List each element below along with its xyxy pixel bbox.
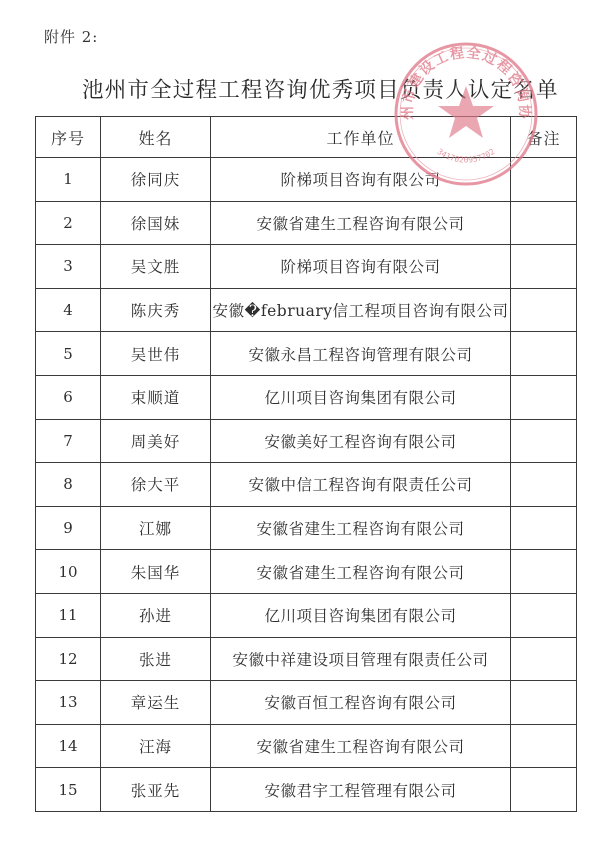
- row-number: 7: [36, 419, 101, 463]
- table-row: 1徐同庆阶梯项目咨询有限公司: [36, 158, 577, 202]
- row-remark: [511, 593, 577, 637]
- row-name: 张亚先: [101, 768, 211, 812]
- row-unit: 安徽省建生工程咨询有限公司: [211, 506, 511, 550]
- row-number: 9: [36, 506, 101, 550]
- row-unit: 安徽百恒工程咨询有限公司: [211, 681, 511, 725]
- roster-table: 序号 姓名 工作单位 备注 1徐同庆阶梯项目咨询有限公司 2徐国妹安徽省建生工程…: [35, 116, 577, 812]
- row-name: 吴世伟: [101, 332, 211, 376]
- row-number: 11: [36, 593, 101, 637]
- table-row: 7周美好安徽美好工程咨询有限公司: [36, 419, 577, 463]
- row-number: 13: [36, 681, 101, 725]
- table-row: 5吴世伟安徽永昌工程咨询管理有限公司: [36, 332, 577, 376]
- row-name: 吴文胜: [101, 245, 211, 289]
- row-unit: 安徽中祥建设项目管理有限责任公司: [211, 637, 511, 681]
- table-row: 12张进安徽中祥建设项目管理有限责任公司: [36, 637, 577, 681]
- row-number: 10: [36, 550, 101, 594]
- table-row: 3吴文胜阶梯项目咨询有限公司: [36, 245, 577, 289]
- document-title: 池州市全过程工程咨询优秀项目负责人认定名单: [82, 73, 559, 104]
- row-name: 朱国华: [101, 550, 211, 594]
- table-row: 13章运生安徽百恒工程咨询有限公司: [36, 681, 577, 725]
- table-row: 6束顺道亿川项目咨询集团有限公司: [36, 375, 577, 419]
- row-remark: [511, 375, 577, 419]
- row-remark: [511, 724, 577, 768]
- row-unit: 安徽永昌工程咨询管理有限公司: [211, 332, 511, 376]
- row-unit: 安徽�february信工程项目咨询有限公司: [211, 288, 511, 332]
- row-name: 束顺道: [101, 375, 211, 419]
- row-name: 周美好: [101, 419, 211, 463]
- row-remark: [511, 288, 577, 332]
- table-row: 8徐大平安徽中信工程咨询有限责任公司: [36, 463, 577, 507]
- row-unit: 阶梯项目咨询有限公司: [211, 245, 511, 289]
- row-unit: 安徽中信工程咨询有限责任公司: [211, 463, 511, 507]
- attachment-label: 附件 2:: [44, 26, 98, 47]
- table-row: 2徐国妹安徽省建生工程咨询有限公司: [36, 201, 577, 245]
- column-header-unit: 工作单位: [211, 117, 511, 158]
- table-row: 11孙进亿川项目咨询集团有限公司: [36, 593, 577, 637]
- row-name: 孙进: [101, 593, 211, 637]
- row-number: 8: [36, 463, 101, 507]
- row-name: 徐同庆: [101, 158, 211, 202]
- row-number: 3: [36, 245, 101, 289]
- row-number: 5: [36, 332, 101, 376]
- row-name: 徐国妹: [101, 201, 211, 245]
- row-remark: [511, 637, 577, 681]
- table-row: 9江娜安徽省建生工程咨询有限公司: [36, 506, 577, 550]
- row-remark: [511, 201, 577, 245]
- row-number: 1: [36, 158, 101, 202]
- row-unit: 安徽省建生工程咨询有限公司: [211, 201, 511, 245]
- row-remark: [511, 463, 577, 507]
- column-header-remark: 备注: [511, 117, 577, 158]
- row-number: 15: [36, 768, 101, 812]
- row-number: 6: [36, 375, 101, 419]
- row-remark: [511, 506, 577, 550]
- row-number: 12: [36, 637, 101, 681]
- table-row: 4陈庆秀安徽�february信工程项目咨询有限公司: [36, 288, 577, 332]
- table-row: 15张亚先安徽君宇工程管理有限公司: [36, 768, 577, 812]
- row-number: 4: [36, 288, 101, 332]
- row-remark: [511, 419, 577, 463]
- row-remark: [511, 681, 577, 725]
- table-row: 14汪海安徽省建生工程咨询有限公司: [36, 724, 577, 768]
- row-remark: [511, 768, 577, 812]
- row-name: 章运生: [101, 681, 211, 725]
- column-header-number: 序号: [36, 117, 101, 158]
- row-name: 陈庆秀: [101, 288, 211, 332]
- row-remark: [511, 550, 577, 594]
- row-name: 徐大平: [101, 463, 211, 507]
- row-name: 张进: [101, 637, 211, 681]
- row-unit: 阶梯项目咨询有限公司: [211, 158, 511, 202]
- row-remark: [511, 158, 577, 202]
- row-name: 汪海: [101, 724, 211, 768]
- row-unit: 亿川项目咨询集团有限公司: [211, 375, 511, 419]
- row-number: 2: [36, 201, 101, 245]
- column-header-name: 姓名: [101, 117, 211, 158]
- table-header-row: 序号 姓名 工作单位 备注: [36, 117, 577, 158]
- row-unit: 亿川项目咨询集团有限公司: [211, 593, 511, 637]
- row-remark: [511, 332, 577, 376]
- row-name: 江娜: [101, 506, 211, 550]
- row-number: 14: [36, 724, 101, 768]
- row-unit: 安徽美好工程咨询有限公司: [211, 419, 511, 463]
- row-unit: 安徽君宇工程管理有限公司: [211, 768, 511, 812]
- row-unit: 安徽省建生工程咨询有限公司: [211, 724, 511, 768]
- table-row: 10朱国华安徽省建生工程咨询有限公司: [36, 550, 577, 594]
- row-remark: [511, 245, 577, 289]
- row-unit: 安徽省建生工程咨询有限公司: [211, 550, 511, 594]
